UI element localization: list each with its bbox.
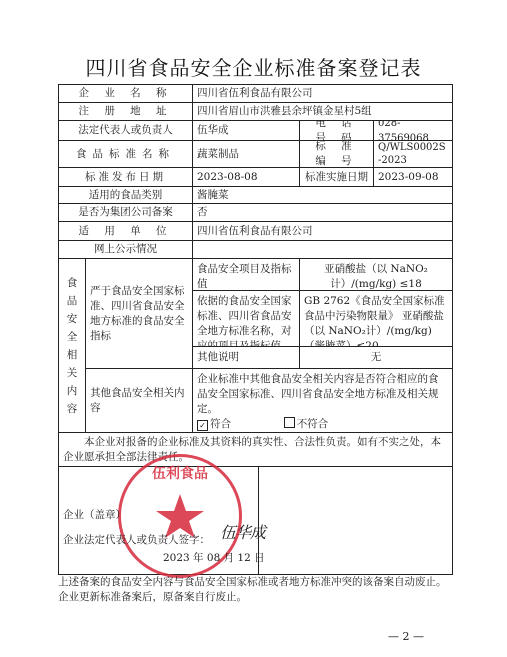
company-seal-label: 企业（盖章） [63,508,126,523]
section-char: 内 [67,382,78,400]
label-item: 食品安全项目及指标值 [192,258,300,291]
section-char: 容 [67,400,78,418]
label-safety-section: 食 品 安 全 相 关 内 容 [58,258,86,433]
value-other-note: 无 [299,346,453,369]
label-basis: 依据的食品安全国家标准、四川省食品安全地方标准名称，对应的项目及指标值 [192,290,300,347]
value-food-category: 酱腌菜 [192,186,453,204]
page-number: — 2 — [388,630,424,643]
section-char: 全 [67,328,78,346]
checkbox-noncompliant[interactable] [284,417,295,428]
value-group-filing: 否 [192,203,453,222]
footer-note-2: 企业更新标准备案后，原备案自行废止。 [58,590,247,605]
label-legal-rep: 法定代表人或负责人 [58,120,193,141]
value-standard-name: 蔬菜制品 [192,140,300,168]
svg-text:伍利食品: 伍利食品 [152,465,208,482]
rep-sign-label: 企业法定代表人或负责人签字： [63,533,210,548]
value-basis: GB 2762《食品安全国家标准 食品中污染物限量》 亚硝酸盐（以 NaNO₂计… [299,290,453,347]
label-food-category: 适用的食品类别 [58,186,193,204]
label-publish-date: 标准发布日期 [58,167,193,187]
label-address: 注 册 地 址 [58,102,193,121]
sign-date: 2023 年 08 月 12 日 [163,551,265,566]
section-char: 关 [67,364,78,382]
option-compliant-label: 符合 [210,418,231,430]
label-other-content: 其他食品安全相关内容 [85,368,193,433]
label-standard-name: 食品标准名称 [58,140,193,168]
label-effective-date: 标准实施日期 [299,167,374,187]
section-char: 安 [67,310,78,328]
checkbox-compliant[interactable]: ✓ [197,420,208,431]
empty-cell [258,466,453,575]
label-group-filing: 是否为集团公司备案 [58,203,193,222]
value-effective-date: 2023-09-08 [373,167,453,187]
value-publish-date: 2023-08-08 [192,167,300,187]
label-strict-indicators: 严于食品安全国家标准、四川省食品安全地方标准的食品安全指标 [85,258,193,369]
value-phone: 028-37569068 [373,120,453,141]
value-address: 四川省眉山市洪雅县余坪镇金星村5组 [192,102,453,121]
label-other-note: 其他说明 [192,346,300,369]
section-char: 相 [67,346,78,364]
option-noncompliant-label: 不符合 [297,418,329,430]
compliance-options: ✓符合 不符合 [197,417,328,432]
label-standard-no: 标 准 编 号 [299,140,374,168]
footer-note-1: 上述备案的食品安全内容与食品安全国家标准或者地方标准冲突的该备案自动废止。 [58,575,447,590]
section-char: 食 [67,274,78,292]
other-content-text: 企业标准中其他食品安全相关内容是否符合相应的食品安全国家标准、四川省食品安全地方… [197,372,448,417]
label-company-name: 企 业 名 称 [58,84,193,103]
handwritten-signature: 伍华成 [220,520,265,543]
other-content-cell: 企业标准中其他食品安全相关内容是否符合相应的食品安全国家标准、四川省食品安全地方… [192,368,453,433]
form-title: 四川省食品安全企业标准备案登记表 [0,52,507,81]
value-company-name: 四川省伍利食品有限公司 [192,84,453,103]
label-applicable-unit: 适 用 单 位 [58,221,193,241]
value-legal-rep: 伍华成 [192,120,300,141]
value-standard-no: Q/WLS0002S-2023 [373,140,453,168]
value-item: 亚硝酸盐（以 NaNO₂计）/(mg/kg) ≤18 [299,258,453,291]
label-phone: 电 话 号 码 [299,120,374,141]
label-online-publicity: 网上公示情况 [58,240,193,259]
value-online-publicity [192,240,453,259]
section-char: 品 [67,292,78,310]
value-applicable-unit: 四川省伍利食品有限公司 [192,221,453,241]
